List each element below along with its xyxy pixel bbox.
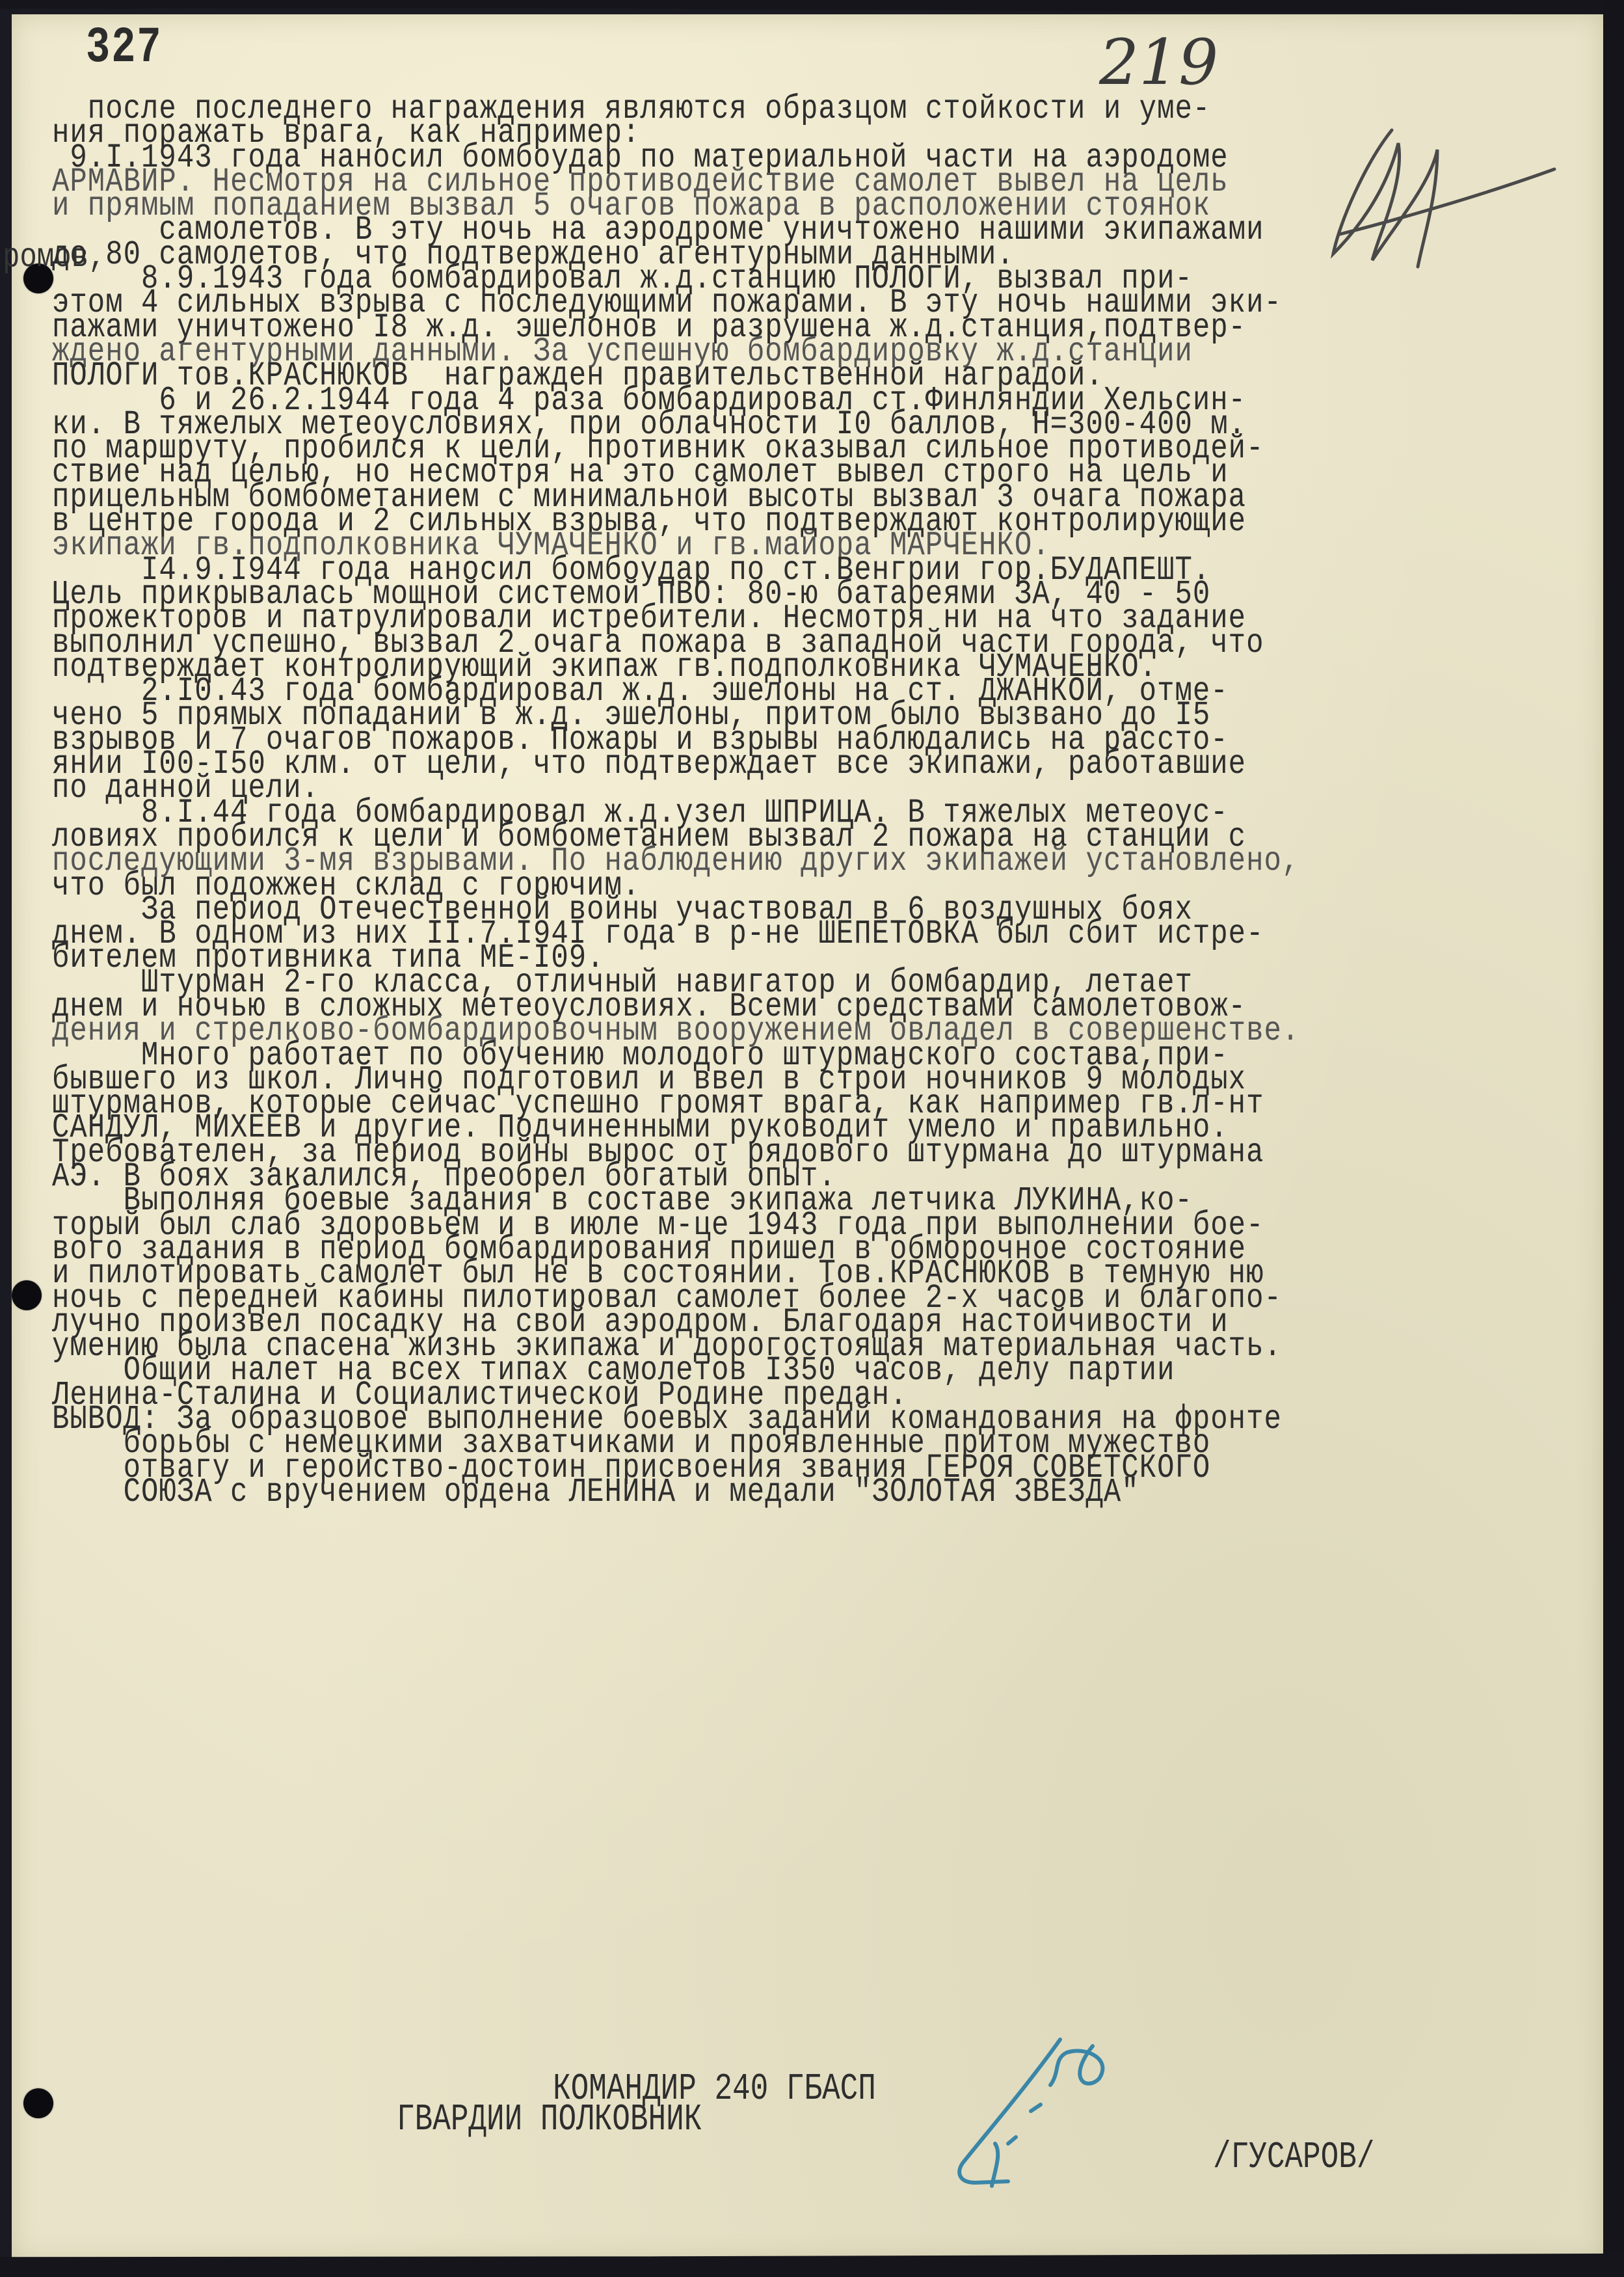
- handwritten-page-number: 219: [1099, 26, 1218, 99]
- archive-number: 327: [86, 19, 163, 77]
- commander-signature-icon: [845, 2033, 1184, 2189]
- punch-hole: [12, 1280, 42, 1310]
- body-line: СОЮЗА с вручением ордена ЛЕНИНА и медали…: [52, 1479, 1613, 1507]
- commander-rank: ГВАРДИИ ПОЛКОВНИК: [397, 2099, 702, 2141]
- commander-name: /ГУСАРОВ/: [1213, 2136, 1374, 2179]
- punch-hole: [23, 2088, 53, 2118]
- award-narrative: после последнего награждения являются об…: [52, 98, 1613, 1505]
